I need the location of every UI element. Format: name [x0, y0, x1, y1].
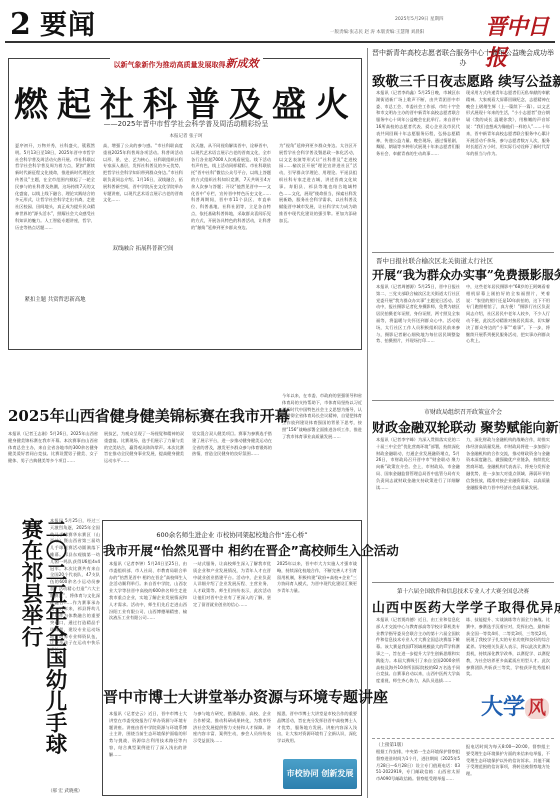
fitness-story: 2025年山西省健身健美锦标赛在我市开幕 本报讯（记者王志刚）5月26日，202…: [8, 355, 362, 495]
lead-kicker: 以新气象新作为推动高质量发展取得新成效: [9, 52, 363, 71]
section-name: 要闻: [40, 12, 96, 40]
software-kicker: 第十六届全国软件和信息技术专业人才大赛全国总决赛: [372, 587, 554, 595]
page-number: 2: [10, 10, 31, 40]
photo-story: 晋中日报社联合榆次区北关街道太行社区 开展“我为群众办实事”免费摄影服务活动 本…: [372, 256, 554, 398]
divider: [372, 252, 554, 253]
continued-column-1: 根据工作安排，中央第一生态环境保护督察组督察进驻时间为1个月，进驻期间（2025…: [376, 749, 460, 799]
divider: [372, 582, 554, 583]
lead-column-2: 高，增强了公众的参与感。“市社科联高度重视2025年科普周各项活动。科普周活动以…: [103, 143, 183, 343]
volunteer-story: 晋中新青年高校志愿者联合服务中心十周年公益晚会成功举办 致敬三千日夜志愿路 续写…: [372, 48, 554, 248]
finance-headline: 财政金融双轮联动 聚势赋能向新而行: [372, 417, 554, 436]
lead-kicker-emphasis: 新成效: [226, 57, 259, 70]
campus-column-3: 2025年以来，晋中市大力实施人才强市战略，持续深化校地合作，不断完善人才引育留…: [277, 561, 357, 679]
lead-column-3: 次天趣，从不同视角解读晋中，诠释晋中，以现代艺术语言展示古老的晋商文化，全市各行…: [191, 143, 271, 343]
jump-label: （上接第1版）: [376, 742, 406, 748]
school-city-badge: 市校协同 创新发展: [283, 759, 357, 789]
lead-subheadline: ——2025年晋中市哲学社会科学普及周活动精彩纷呈: [9, 119, 363, 129]
photo-column-2: 中，这些老年居民摄影中“68岁的王阿姨看着相机屏幕上刚拍好的全家福照片，笑着说：…: [466, 284, 550, 396]
issue-date: 2025年5月29日 星期四: [395, 16, 443, 22]
divider: [372, 738, 554, 739]
column-rule: [367, 48, 368, 798]
photo-column-1: 本报讯（记者周德源）5月25日，晋中日报社第二、三党支部联合榆次区北关街道太行社…: [376, 284, 460, 396]
ball-column: 本报讯 5月25日，经过三天激烈角逐，2025年全国幼儿手球赛华东赛区（山西站）…: [50, 518, 100, 764]
fitness-column-1: 本报讯（记者王志刚）5月26日，2025年山西省健身健美锦标赛在我市开幕。本次赛…: [8, 431, 98, 491]
lecture-column-2: 与参与地方研究，搭建政府、高校、企业合作桥梁，推动科研成果转化，为我市经济社会发…: [193, 711, 271, 793]
photo-kicker: 晋中日报社联合榆次区北关街道太行社区: [376, 256, 493, 265]
volunteer-column-1: 本报讯（记者李尚鑫）5月25日晚，市城区东湖街道新广场上歌声不断，由共青团晋中市…: [376, 90, 460, 246]
photo-headline: 开展“我为群众办实事”免费摄影服务活动: [372, 266, 554, 283]
software-headline: 山西中医药大学学子取得优异成绩: [372, 597, 554, 616]
lead-column-1: 夏序初开，万物并秀，社科盛火，簇簇然明。5月13日至18日，2025年晋中市哲学…: [15, 143, 95, 343]
lead-column-4: 为“视角”延伸到更多群众身边。太谷区开展哲学社会科学普及暨思政一体化活动，以文艺…: [279, 143, 357, 343]
daxue-feng-logo: 大学风: [480, 690, 550, 720]
continued-story: （上接第1版） 根据工作安排，中央第一生态环境保护督察组督察进驻时间为1个月，进…: [372, 742, 554, 800]
software-story: 第十六届全国软件和信息技术专业人才大赛全国总决赛 山西中医药大学学子取得优异成绩…: [372, 585, 554, 735]
fitness-column-2: 展技艺，为观众呈现了一场视觉和精神的双重盛宴。比赛现场，选手们展示了力量与美的完…: [104, 431, 184, 491]
fitness-headline: 2025年山西省健身健美锦标赛在我市开幕: [8, 405, 273, 426]
divider: [372, 400, 554, 401]
lead-subhead-1: 紧扣主题 共赏哲思新高地: [15, 295, 95, 303]
campus-headline: 我市开展“怡然见晋中 相约在晋企”高校师生入企活动: [103, 541, 361, 559]
software-column-1: 本报讯（记者贾尚德）近日，由工业和信息化部人才交流中心与教育部高等学校计算机类专…: [376, 617, 460, 729]
lead-subhead-2: 双线融合 拓展科普新空间: [103, 244, 183, 252]
lecture-column-1: 本报讯（记者史云）近日，晋中市博士大讲堂在市委党校报告厅举办资源与环境专题讲座。…: [109, 711, 187, 793]
lecture-column-3: 据悉，晋中市博士大讲堂是市校合作的重要品牌活动，旨在充分发挥驻晋中高校博士人才优…: [277, 711, 357, 751]
software-column-2: 练、技能提升、实战演练等方面全力备战。比赛中，参赛选手沉着应对，发挥出色，最终斩…: [466, 617, 550, 685]
finance-kicker: 市财政局组织召开政策宣介会: [372, 407, 554, 416]
editors-line: 一版责编:张志民 赵 涛 本版责编:王慧翔 刘晨阳: [330, 29, 424, 35]
volunteer-headline: 致敬三千日夜志愿路 续写公益新篇章: [372, 70, 554, 90]
lead-story: 以新气象新作为推动高质量发展取得新成效 燃起社科普及盛火 ——2025年晋中市哲…: [8, 58, 362, 350]
fitness-column-4: 今年以来，在市委、市政府的坚强领导和省体育局的支持帮助下，市体育局坚持以习近平新…: [282, 393, 362, 493]
ball-credit: （郝 宏 武晓燕）: [48, 788, 82, 794]
campus-lecture-box: 600余名师生进企业 市校协同架起校地合作“连心桥” 我市开展“怡然见晋中 相约…: [102, 520, 362, 796]
finance-story: 市财政局组织召开政策宣介会 财政金融双轮联动 聚势赋能向新而行 本报讯（记者李宇…: [372, 405, 554, 580]
volunteer-kicker: 晋中新青年高校志愿者联合服务中心十周年公益晚会成功举办: [372, 48, 554, 68]
campus-column-2: 一站式服务，让高校师生深入了解我市优质企业和产业发展情况，为青年人才在晋中就业创…: [193, 561, 271, 679]
continued-column-2: 报电话时间为每天8:00—20:00。督察组主要受理生态环境保护方面的来信来电举…: [466, 744, 550, 799]
volunteer-column-2: 现采用方式传递青年志愿者们无私奉献的奉献精神。大家观看大屏幕回顾纪念，志愿精神在…: [466, 90, 550, 246]
lead-byline: 本报记者 张子珂: [9, 133, 363, 139]
ball-story: 二〇二五年全国幼儿手球赛在祁县举行 本报讯 5月25日，经过三天激烈角逐，202…: [8, 496, 100, 800]
campus-kicker: 600余名师生进企业 市校协同架起校地合作“连心桥”: [103, 530, 361, 539]
lecture-headline: 晋中市博士大讲堂举办资源与环境专题讲座: [103, 686, 361, 707]
campus-column-1: 本报讯（记者李钟）5月24日至25日，由市委组织部、市人社局、市教育局联合举办的…: [109, 561, 187, 679]
masthead-rule: [5, 41, 555, 43]
fitness-column-3: 男女混合双人健美项目。赛事为参赛选手搭建了展示平台，进一步推动健身健美运动在全省…: [192, 431, 272, 491]
finance-column-2: 力，深化财政与金融机构的战略合作，助推实体经济高质量发展。市财政局将进一步加强与…: [466, 437, 550, 577]
